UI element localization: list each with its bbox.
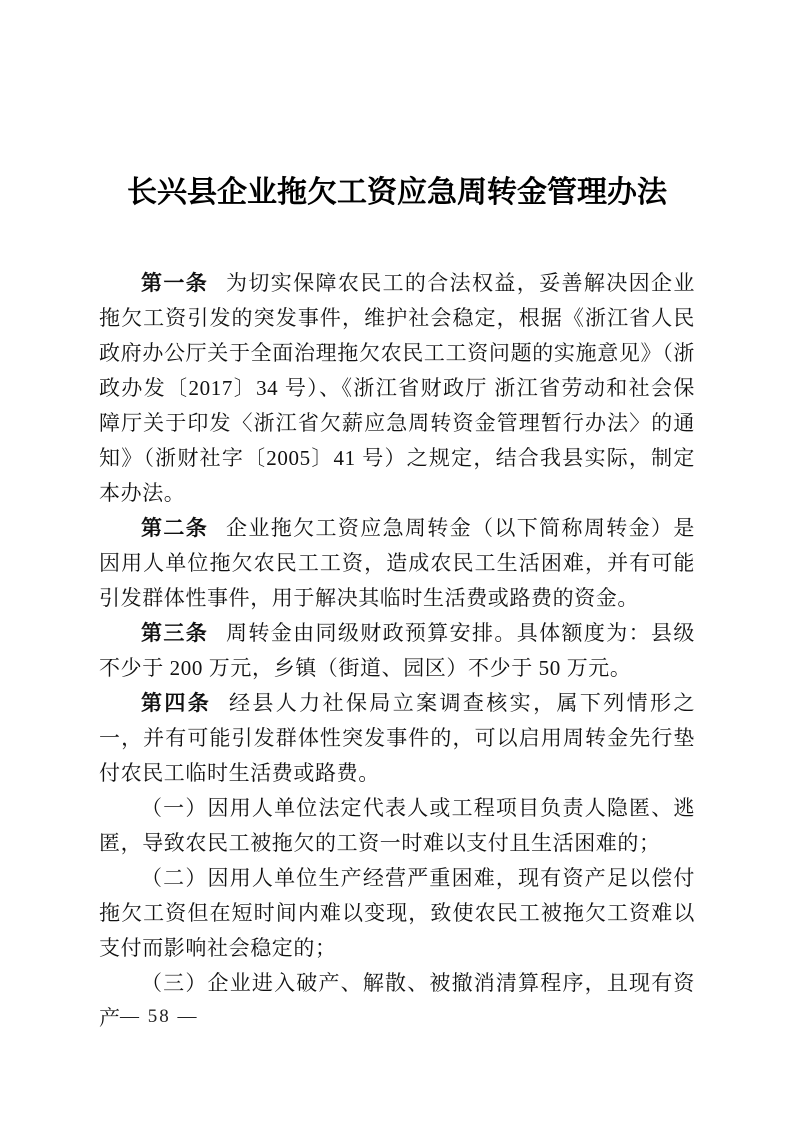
paragraph-text: （一）因用人单位法定代表人或工程项目负责人隐匿、逃匿，导致农民工被拖欠的工资一时…	[99, 796, 695, 855]
page-number: — 58 —	[120, 1005, 199, 1029]
article-number-label: 第三条	[141, 622, 208, 645]
paragraph-text: （二）因用人单位生产经营严重困难，现有资产足以偿付拖欠工资但在短时间内难以变现，…	[99, 866, 695, 960]
paragraph-article-4: 第四条经县人力社保局立案调查核实，属下列情形之一，并有可能引发群体性突发事件的，…	[99, 686, 695, 791]
article-number-label: 第一条	[141, 272, 208, 295]
document-body: 长兴县企业拖欠工资应急周转金管理办法 第一条为切实保障农民工的合法权益，妥善解决…	[99, 170, 695, 1036]
paragraph-item-1: （一）因用人单位法定代表人或工程项目负责人隐匿、逃匿，导致农民工被拖欠的工资一时…	[99, 791, 695, 861]
document-title: 长兴县企业拖欠工资应急周转金管理办法	[99, 170, 695, 216]
document-page: 长兴县企业拖欠工资应急周转金管理办法 第一条为切实保障农民工的合法权益，妥善解决…	[0, 0, 794, 1123]
paragraph-article-2: 第二条企业拖欠工资应急周转金（以下简称周转金）是因用人单位拖欠农民工工资，造成农…	[99, 511, 695, 616]
paragraph-article-3: 第三条周转金由同级财政预算安排。具体额度为：县级不少于 200 万元，乡镇（街道…	[99, 616, 695, 686]
article-number-label: 第二条	[141, 517, 208, 540]
paragraph-item-2: （二）因用人单位生产经营严重困难，现有资产足以偿付拖欠工资但在短时间内难以变现，…	[99, 861, 695, 966]
paragraph-text: 为切实保障农民工的合法权益，妥善解决因企业拖欠工资引发的突发事件，维护社会稳定，…	[99, 271, 695, 505]
paragraph-article-1: 第一条为切实保障农民工的合法权益，妥善解决因企业拖欠工资引发的突发事件，维护社会…	[99, 266, 695, 511]
article-number-label: 第四条	[141, 692, 211, 715]
